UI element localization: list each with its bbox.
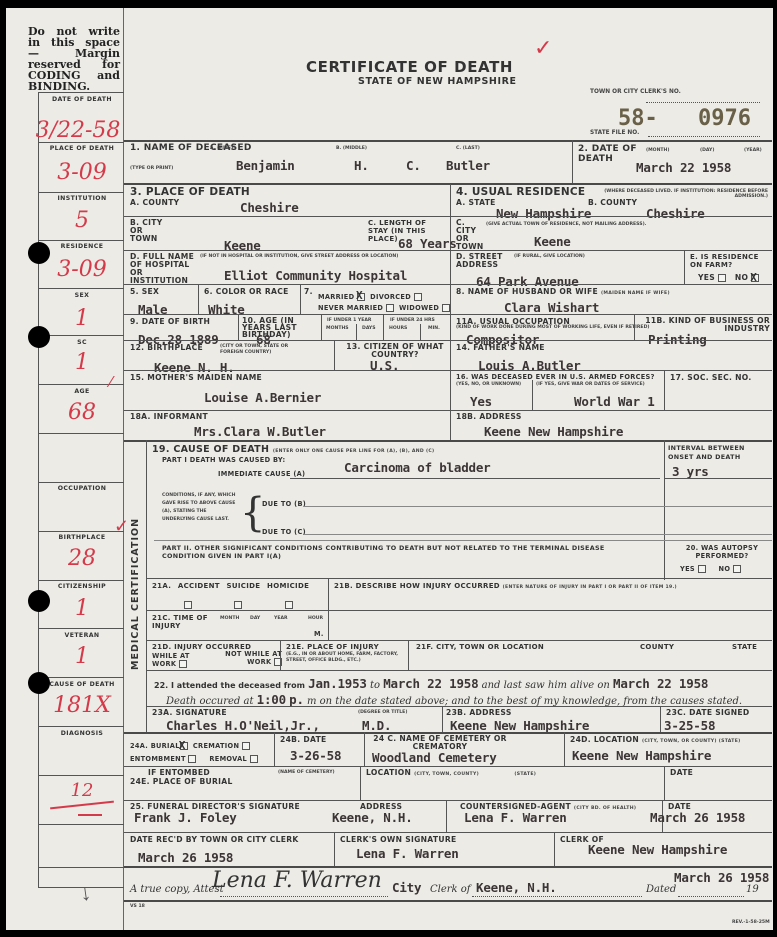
middle-name-value: H. [354,158,369,173]
ssn-label: 17. SOC. SEC. NO. [670,373,752,382]
time-day-label: DAY [250,616,260,621]
marital-options: MARRIED DIVORCED NEVER MARRIED WIDOWED [318,292,450,314]
attest-town-value: Keene, N.H. [476,880,557,895]
punch-hole [28,242,50,264]
cemetery-value: Woodland Cemetery [372,750,497,765]
death-certificate: Do not write in this space — Margin rese… [6,8,773,930]
coding-value-residence: 3-09 [38,257,126,282]
attendance-line-1: 22. I attended the deceased from Jan.195… [154,676,708,691]
married-checkbox[interactable] [357,293,365,301]
date-received-label: DATE REC'D BY TOWN OR CITY CLERK [130,835,299,844]
occupation-note: (KIND OF WORK DONE DURING MOST OF WORKIN… [456,325,649,330]
res-state-label: A. STATE [456,198,496,207]
farm-label: E. IS RESIDENCE ON FARM? [690,253,772,269]
war-value: World War 1 [574,394,655,409]
months-label: MONTHS [326,326,349,331]
coding-value-age: 68 [38,400,126,425]
informant-label: 18A. INFORMANT [130,412,208,421]
armed-forces-label: 16. WAS DECEASED EVER IN U.S. ARMED FORC… [456,373,655,381]
father-label: 14. FATHER'S NAME [456,343,545,352]
autopsy-label: 20. WAS AUTOPSY PERFORMED? [672,544,772,560]
sex-label: 5. SEX [130,287,159,296]
coding-value-sc: 1 [38,350,126,375]
physician-degree-value: M.D. [362,718,391,733]
physician-address-value: Keene New Hampshire [450,718,589,733]
date-of-death-label: 2. DATE OF DEATH [578,144,638,164]
attest-city-word: City [392,880,421,895]
attest-date-value: March 26 1958 [674,870,769,885]
hospital-value: Elliot Community Hospital [224,268,407,283]
burial-date-label: 24B. DATE [280,735,327,744]
informant-address-value: Keene New Hampshire [484,424,623,439]
race-label: 6. COLOR OR RACE [204,287,289,296]
res-city-value: Keene [534,234,571,249]
removal-checkbox[interactable] [250,755,258,763]
first-name-value: Benjamin [236,158,295,173]
day-col-label: (DAY) [700,148,714,153]
residence-label: 4. USUAL RESIDENCE [456,186,585,198]
coding-value-date-of-death: 3/22-58 [34,118,122,143]
clerk-signature-value: Lena F. Warren [356,846,459,861]
res-county-label: B. COUNTY [588,198,637,207]
page-subtitle: STATE OF NEW HAMPSHIRE [358,76,517,87]
coding-margin: DATE OF DEATH 3/22-58 PLACE OF DEATH 3-0… [38,92,124,888]
physician-address-label: 23B. ADDRESS [446,708,512,717]
coding-label-place-of-death: PLACE OF DEATH [38,145,126,152]
last-name-label: C. (LAST) [456,146,480,151]
coding-label-sc: SC [38,339,126,346]
place-of-death-label: 3. PLACE OF DEATH [130,186,250,198]
farm-yes-checkbox[interactable] [718,274,726,282]
punch-hole [28,326,50,348]
not-at-work-option: NOT WHILE AT WORK [222,650,282,666]
clerk-signature-label: CLERK'S OWN SIGNATURE [340,835,456,844]
checkmark-icon: ✓ [534,36,552,61]
checkmark-icon: ∕ [110,374,113,392]
accident-label: 21A. ACCIDENT SUICIDE HOMICIDE [152,582,309,590]
physician-signature-value: Charles H.O'Neil,Jr., [166,718,320,733]
month-col-label: (MONTH) [646,148,670,153]
under-1-year-label: IF UNDER 1 YEAR [327,318,371,323]
middle-name-2-value: C. [406,158,421,173]
birthplace-note: (CITY OR TOWN, STATE OR FOREIGN COUNTRY) [220,344,310,356]
hospital-note: (IF NOT IN HOSPITAL OR INSTITUTION, GIVE… [200,254,398,259]
coding-value-diagnosis-code: 12 [38,780,126,801]
coding-value-sex: 1 [38,306,126,331]
armed-note-1: (YES, NO, OR UNKNOWN) [456,382,521,387]
entombment-checkbox[interactable] [188,755,196,763]
res-city-label: C. CITY OR TOWN [456,219,486,251]
year-col-label: (YEAR) [744,148,762,153]
under-24-hrs-label: IF UNDER 24 HRS [390,318,435,323]
countersigned-value: Lena F. Warren [464,810,567,825]
coding-label-occupation: OCCUPATION [38,485,126,492]
punch-hole [28,672,50,694]
res-state-value: New Hampshire [496,206,591,221]
degree-label: (DEGREE OR TITLE) [358,710,407,715]
marital-label: 7. [304,287,313,296]
signature-label: 23A. SIGNATURE [152,708,227,717]
medical-certification-label: MEDICAL CERTIFICATION [130,518,141,670]
time-hour-label: HOUR [308,616,323,621]
coding-label-cause-of-death: CAUSE OF DEATH [38,681,126,688]
res-city-note: (GIVE ACTUAL TOWN OF RESIDENCE, NOT MAIL… [486,222,646,227]
farm-no-checkbox[interactable] [751,274,759,282]
time-year-label: YEAR [274,616,288,621]
suicide-checkbox[interactable] [234,601,242,609]
coding-label-sex: SEX [38,292,126,299]
margin-notice: Do not write in this space — Margin rese… [28,26,120,92]
coding-value-place-of-death: 3-09 [38,160,126,185]
birthplace-label: 12. BIRTHPLACE [130,343,203,352]
accident-checkbox[interactable] [184,601,192,609]
part-2-label: PART II. OTHER SIGNIFICANT CONDITIONS CO… [162,544,632,560]
res-street-note: (IF RURAL, GIVE LOCATION) [514,254,585,259]
interval-label: INTERVAL BETWEEN ONSET AND DEATH [668,444,772,462]
conditions-note: CONDITIONS, IF ANY, WHICH GAVE RISE TO A… [162,492,236,524]
checkmark-icon: ✓ [114,516,129,537]
last-name-value: Butler [446,158,490,173]
citizen-label: 13. CITIZEN OF WHAT COUNTRY? [340,343,450,359]
mother-value: Louise A.Bernier [204,390,321,405]
autopsy-no-checkbox[interactable] [733,565,741,573]
entombed-date-label: DATE [670,768,693,777]
pod-county-label: A. COUNTY [130,198,179,207]
place-of-injury-note: (E.G., IN OR ABOUT HOME, FARM, FACTORY, … [286,652,406,664]
coding-value-citizenship: 1 [38,596,126,621]
form-code: VS 18 [130,904,145,909]
widowed-checkbox[interactable] [442,304,450,312]
never-married-checkbox[interactable] [386,304,394,312]
age-label: 10. AGE (IN YEARS LAST BIRTHDAY) [242,317,322,338]
date-signed-value: 3-25-58 [664,718,715,733]
date-signed-label: 23C. DATE SIGNED [666,708,749,717]
attest-prefix: A true copy, Attest [130,884,224,895]
page-title: CERTIFICATE OF DEATH [306,58,513,76]
entombed-location-label: LOCATION (CITY, TOWN, COUNTY) (STATE) [366,768,536,777]
attest-signature: Lena F. Warren [212,868,382,893]
res-street-label: D. STREET ADDRESS [456,253,516,269]
business-label: 11B. KIND OF BUSINESS OR INDUSTRY [640,317,770,333]
autopsy-yes-checkbox[interactable] [698,565,706,573]
part-1-label: PART I DEATH WAS CAUSED BY: [162,456,285,464]
coding-label-residence: RESIDENCE [38,243,126,250]
cause-of-death-label: 19. CAUSE OF DEATH (ENTER ONLY ONE CAUSE… [152,444,434,455]
due-to-b-label: DUE TO (B) [262,500,306,508]
armed-value: Yes [470,394,492,409]
burial-location-label: 24D. LOCATION (CITY, TOWN, OR COUNTY) (S… [570,735,741,744]
first-name-label: A. (FIRST) [210,146,236,151]
coding-value-cause-of-death: 181X [38,693,126,718]
injury-county-label: COUNTY [640,643,674,651]
spouse-value: Clara Wishart [504,300,599,315]
homicide-checkbox[interactable] [285,601,293,609]
cremation-checkbox[interactable] [242,742,250,750]
at-work-checkbox[interactable] [179,660,187,668]
funeral-date-value: March 26 1958 [650,810,745,825]
coding-value-institution: 5 [38,208,126,233]
time-month-label: MONTH [220,616,239,621]
hours-label: HOURS [389,326,407,331]
certificate-form: 1. NAME OF DECEASED (TYPE OR PRINT) A. (… [124,140,772,882]
town-clerk-label: TOWN OR CITY CLERK'S NO. [590,89,755,96]
coding-label-veteran: VETERAN [38,632,126,639]
dob-label: 9. DATE OF BIRTH [130,317,210,326]
coding-label-citizenship: CITIZENSHIP [38,583,126,590]
clerk-of-value: Keene New Hampshire [588,842,727,857]
due-to-c-label: DUE TO (C) [262,528,306,536]
coding-label-birthplace: BIRTHPLACE [38,534,126,541]
time-of-injury-label: 21C. TIME OF INJURY [152,614,212,630]
pod-stay-value: 68 Years [398,236,457,251]
burial-location-value: Keene New Hampshire [572,748,711,763]
attest-nineteen: 19 [746,884,759,895]
funeral-address-value: Keene, N.H. [332,810,413,825]
burial-date-value: 3-26-58 [290,748,341,763]
revision-code: REV.-1-58-25M [732,920,770,925]
interval-value: 3 yrs [672,464,709,479]
place-of-injury-label: 21E. PLACE OF INJURY [286,643,379,651]
mother-label: 15. MOTHER'S MAIDEN NAME [130,373,262,382]
describe-injury-label: 21B. DESCRIBE HOW INJURY OCCURRED (ENTER… [334,582,677,590]
armed-note-2: (IF YES, GIVE WAR OR DATES OF SERVICE) [536,382,645,387]
res-county-value: Cheshire [646,206,705,221]
autopsy-options: YES NO [680,565,741,573]
farm-options: YES NO [698,273,759,282]
state-file-number: 0976 [698,106,751,131]
pod-city-label: B. CITY OR TOWN [130,219,170,243]
date-of-death-value: March 22 1958 [636,160,731,175]
middle-name-label: B. (MIDDLE) [336,146,367,151]
entombed-label: IF ENTOMBED [148,768,210,777]
divorced-checkbox[interactable] [414,293,422,301]
coding-label-diagnosis: DIAGNOSIS [38,730,126,737]
days-label: DAYS [362,326,376,331]
cemetery-label: 24 C. NAME OF CEMETERY OR CREMATORY [370,735,510,751]
attest-clerk-of: Clerk of [430,884,471,895]
state-file-prefix: 58- [618,106,658,131]
punch-hole [28,590,50,612]
informant-address-label: 18B. ADDRESS [456,412,522,421]
pod-county-value: Cheshire [240,200,299,215]
immediate-cause-label: IMMEDIATE CAUSE (A) [218,470,305,478]
attendance-line-2: Death occured at 1:00 p. m on the date s… [166,692,742,707]
date-received-value: March 26 1958 [138,850,233,865]
attest-dated-label: Dated [646,884,676,895]
coding-label-institution: INSTITUTION [38,195,126,202]
entombed-cemetery-note: (NAME OF CEMETERY) [278,770,335,775]
time-m-label: M. [314,630,324,638]
immediate-cause-value: Carcinoma of bladder [344,460,491,475]
injury-city-label: 21F. CITY, TOWN OR LOCATION [416,643,544,651]
hospital-label: D. FULL NAME OF HOSPITAL OR INSTITUTION [130,253,198,285]
coding-value-veteran: 1 [38,644,126,669]
name-sublabel: (TYPE OR PRINT) [130,166,173,171]
funeral-director-value: Frank J. Foley [134,810,237,825]
burial-options: 24A. BURIAL CREMATION ENTOMBMENT REMOVAL [130,740,258,766]
informant-value: Mrs.Clara W.Butler [194,424,326,439]
place-of-burial-label: 24E. PLACE OF BURIAL [130,777,233,786]
spouse-label: 8. NAME OF HUSBAND OR WIFE (MAIDEN NAME … [456,287,670,296]
accident-checkbox-group [184,596,293,614]
injury-state-label: STATE [732,643,757,651]
burial-checkbox[interactable] [180,742,188,750]
coding-label-date-of-death: DATE OF DEATH [38,96,126,103]
min-label: MIN. [428,326,440,331]
coding-value-birthplace: 28 [38,546,126,571]
state-file-label: STATE FILE NO. [590,130,639,136]
at-work-option: WHILE AT WORK [152,652,202,668]
